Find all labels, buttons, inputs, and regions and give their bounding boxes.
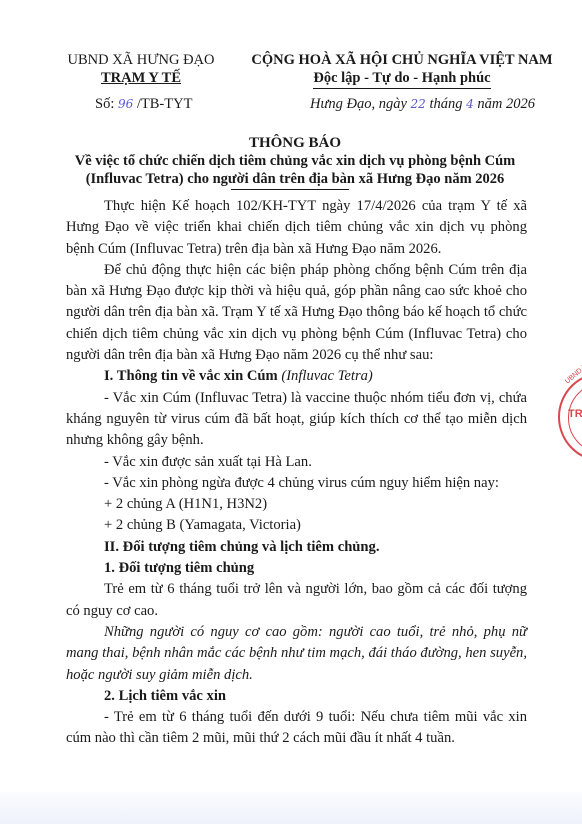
handwritten-number: 96	[118, 97, 133, 111]
paragraph: Trẻ em từ 6 tháng tuổi trở lên và người …	[66, 579, 527, 622]
scan-edge	[0, 792, 582, 824]
national-heading: CỘNG HOÀ XÃ HỘI CHỦ NGHĨA VIỆT NAM Độc l…	[232, 51, 572, 89]
national-title: CỘNG HOÀ XÃ HỘI CHỦ NGHĨA VIỆT NAM	[232, 51, 572, 69]
section-1-heading-italic: (Influvac Tetra)	[281, 368, 372, 384]
title-divider	[231, 189, 349, 190]
document-title: THÔNG BÁO Về việc tổ chức chiến dịch tiê…	[60, 134, 530, 188]
doc-number-label: Số:	[95, 96, 114, 112]
official-stamp: UBND XÃ HƯNG TRẠM	[558, 372, 582, 462]
section-heading: I. Thông tin về vắc xin Cúm (Influvac Te…	[66, 366, 527, 387]
national-motto: Độc lập - Tự do - Hạnh phúc	[313, 69, 490, 89]
document-number: Số: 96 /TB-TYT	[95, 96, 192, 113]
parent-organization: UBND XÃ HƯNG ĐẠO	[66, 51, 216, 69]
list-item: - Vắc xin phòng ngừa được 4 chủng virus …	[66, 473, 527, 494]
month-label: tháng	[429, 96, 462, 112]
list-item: - Vắc xin Cúm (Influvac Tetra) là vaccin…	[66, 388, 527, 452]
paragraph: Thực hiện Kế hoạch 102/KH-TYT ngày 17/4/…	[66, 196, 527, 260]
paragraph: Để chủ động thực hiện các biện pháp phòn…	[66, 260, 527, 366]
list-item: - Trẻ em từ 6 tháng tuổi đến dưới 9 tuổi…	[66, 707, 527, 750]
title-main: THÔNG BÁO	[60, 134, 530, 152]
issuing-agency: UBND XÃ HƯNG ĐẠO TRẠM Y TẾ	[66, 51, 216, 87]
list-item: - Vắc xin được sản xuất tại Hà Lan.	[66, 452, 527, 473]
stamp-arc-text: UBND XÃ HƯNG	[564, 345, 582, 385]
section-1-heading: I. Thông tin về vắc xin Cúm	[104, 368, 278, 384]
issuing-unit: TRẠM Y TẾ	[66, 69, 216, 87]
year-label: năm 2026	[477, 96, 535, 112]
section-2-heading: II. Đối tượng tiêm chủng và lịch tiêm ch…	[66, 537, 527, 558]
stamp-center-text: TRẠM	[568, 408, 582, 420]
issue-date: Hưng Đạo, ngày 22 tháng 4 năm 2026	[310, 96, 535, 113]
handwritten-day: 22	[411, 97, 426, 111]
subsection-heading: 2. Lịch tiêm vắc xin	[66, 686, 527, 707]
title-subtitle: Về việc tổ chức chiến dịch tiêm chủng vắ…	[60, 152, 530, 188]
handwritten-month: 4	[466, 97, 474, 111]
date-place: Hưng Đạo, ngày	[310, 96, 407, 112]
italic-note: Những người có nguy cơ cao gồm: người ca…	[66, 622, 527, 686]
doc-number-suffix: /TB-TYT	[137, 96, 193, 112]
sub-list-item: + 2 chủng B (Yamagata, Victoria)	[66, 515, 527, 536]
document-body: Thực hiện Kế hoạch 102/KH-TYT ngày 17/4/…	[66, 196, 527, 750]
document-page: UBND XÃ HƯNG ĐẠO TRẠM Y TẾ CỘNG HOÀ XÃ H…	[0, 0, 582, 824]
sub-list-item: + 2 chủng A (H1N1, H3N2)	[66, 494, 527, 515]
subsection-heading: 1. Đối tượng tiêm chủng	[66, 558, 527, 579]
